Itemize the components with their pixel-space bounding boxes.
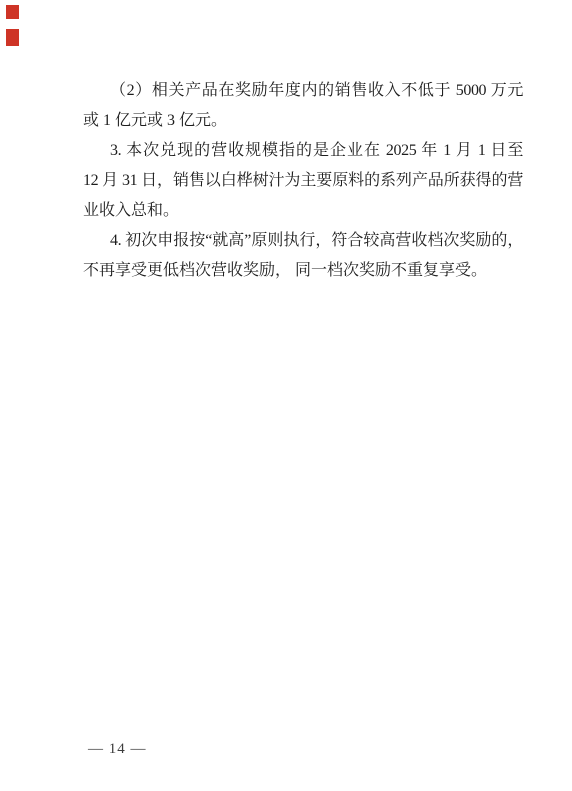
red-stamp-mark-bottom	[6, 29, 19, 46]
red-stamp-mark-top	[6, 5, 19, 19]
document-line: 12 月 31 日，销售以白桦树汁为主要原料的系列产品所获得的营	[83, 166, 523, 196]
document-line: 4. 初次申报按“就高”原则执行，符合较高营收档次奖励的，	[83, 226, 523, 256]
body-text: （2）相关产品在奖励年度内的销售收入不低于 5000 万元 或 1 亿元或 3 …	[83, 76, 523, 286]
document-line: 或 1 亿元或 3 亿元。	[83, 106, 523, 136]
document-line: 业收入总和。	[83, 196, 523, 226]
document-line: 不再享受更低档次营收奖励， 同一档次奖励不重复享受。	[83, 256, 523, 286]
document-line: 3. 本次兑现的营收规模指的是企业在 2025 年 1 月 1 日至	[83, 136, 523, 166]
document-page: （2）相关产品在奖励年度内的销售收入不低于 5000 万元 或 1 亿元或 3 …	[0, 0, 572, 791]
document-line: （2）相关产品在奖励年度内的销售收入不低于 5000 万元	[83, 76, 523, 106]
page-number: — 14 —	[88, 742, 147, 757]
